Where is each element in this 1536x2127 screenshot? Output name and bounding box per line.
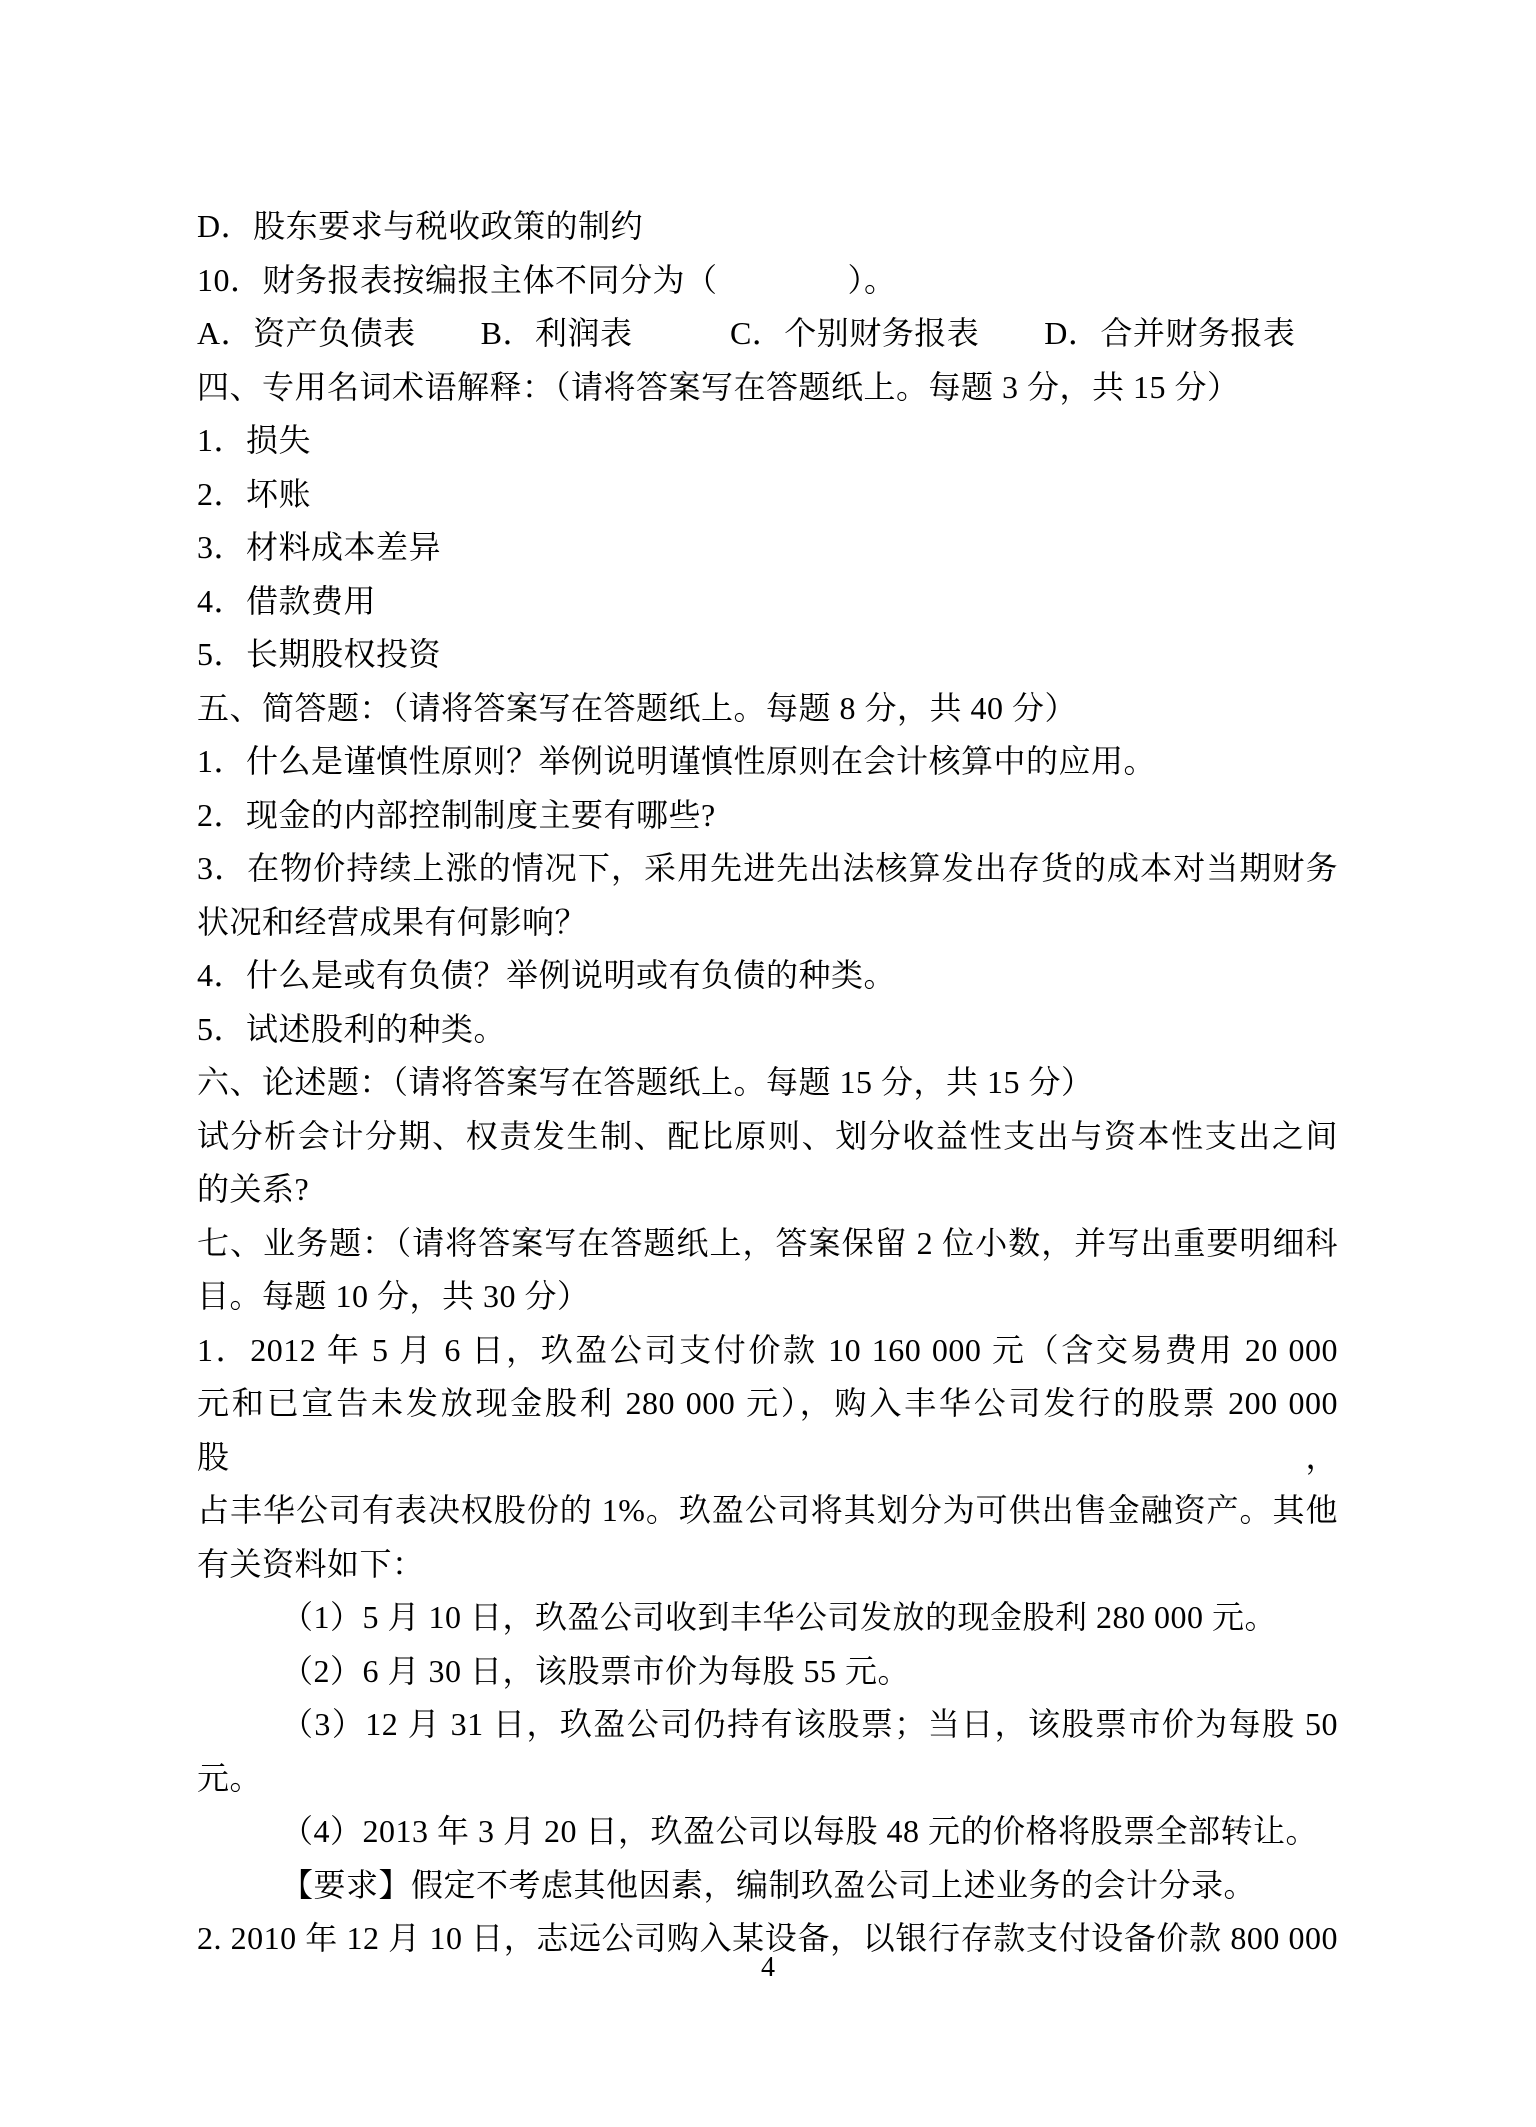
text-line: 有关资料如下： xyxy=(197,1538,1338,1592)
page-footer: 4 xyxy=(0,1950,1536,1986)
text-line: 1．2012 年 5 月 6 日，玖盈公司支付价款 10 160 000 元（含… xyxy=(197,1324,1338,1378)
text-line: （2）6 月 30 日，该股票市价为每股 55 元。 xyxy=(197,1645,1338,1699)
text-line: D．股东要求与税收政策的制约 xyxy=(197,200,1338,254)
text-line: 元。 xyxy=(197,1752,1338,1806)
text-line: 2．现金的内部控制制度主要有哪些? xyxy=(197,789,1338,843)
text-line: （3）12 月 31 日，玖盈公司仍持有该股票；当日，该股票市价为每股 50 xyxy=(197,1698,1338,1752)
text-line: （4）2013 年 3 月 20 日，玖盈公司以每股 48 元的价格将股票全部转… xyxy=(197,1805,1338,1859)
text-line: 五、简答题：（请将答案写在答题纸上。每题 8 分，共 40 分） xyxy=(197,682,1338,736)
document-body: D．股东要求与税收政策的制约10．财务报表按编报主体不同分为（ ）。A．资产负债… xyxy=(197,200,1338,1966)
text-line: 七、业务题：（请将答案写在答题纸上，答案保留 2 位小数，并写出重要明细科 xyxy=(197,1217,1338,1271)
exam-paper-page: D．股东要求与税收政策的制约10．财务报表按编报主体不同分为（ ）。A．资产负债… xyxy=(0,0,1536,2127)
text-line: 3．材料成本差异 xyxy=(197,521,1338,575)
text-line: 1．什么是谨慎性原则？举例说明谨慎性原则在会计核算中的应用。 xyxy=(197,735,1338,789)
text-line: 5．长期股权投资 xyxy=(197,628,1338,682)
text-line: 3．在物价持续上涨的情况下，采用先进先出法核算发出存货的成本对当期财务 xyxy=(197,842,1338,896)
text-line: 2．坏账 xyxy=(197,468,1338,522)
page-number: 4 xyxy=(761,1952,775,1983)
text-line: 状况和经营成果有何影响？ xyxy=(197,896,1338,950)
text-line: 六、论述题：（请将答案写在答题纸上。每题 15 分，共 15 分） xyxy=(197,1056,1338,1110)
text-line: （1）5 月 10 日，玖盈公司收到丰华公司发放的现金股利 280 000 元。 xyxy=(197,1591,1338,1645)
text-line: 占丰华公司有表决权股份的 1%。玖盈公司将其划分为可供出售金融资产。其他 xyxy=(197,1484,1338,1538)
text-line: 目。每题 10 分，共 30 分） xyxy=(197,1270,1338,1324)
text-line: 4．什么是或有负债？举例说明或有负债的种类。 xyxy=(197,949,1338,1003)
text-line: 1．损失 xyxy=(197,414,1338,468)
text-line: 四、专用名词术语解释：（请将答案写在答题纸上。每题 3 分，共 15 分） xyxy=(197,361,1338,415)
text-line: 4．借款费用 xyxy=(197,575,1338,629)
text-line: 【要求】假定不考虑其他因素，编制玖盈公司上述业务的会计分录。 xyxy=(197,1859,1338,1913)
text-line: A．资产负债表 B．利润表 C．个别财务报表 D．合并财务报表 xyxy=(197,307,1338,361)
text-line: 元和已宣告未发放现金股利 280 000 元），购入丰华公司发行的股票 200 … xyxy=(197,1377,1338,1484)
text-line: 5．试述股利的种类。 xyxy=(197,1003,1338,1057)
text-line: 10．财务报表按编报主体不同分为（ ）。 xyxy=(197,254,1338,308)
text-line: 试分析会计分期、权责发生制、配比原则、划分收益性支出与资本性支出之间 xyxy=(197,1110,1338,1164)
text-line: 的关系? xyxy=(197,1163,1338,1217)
